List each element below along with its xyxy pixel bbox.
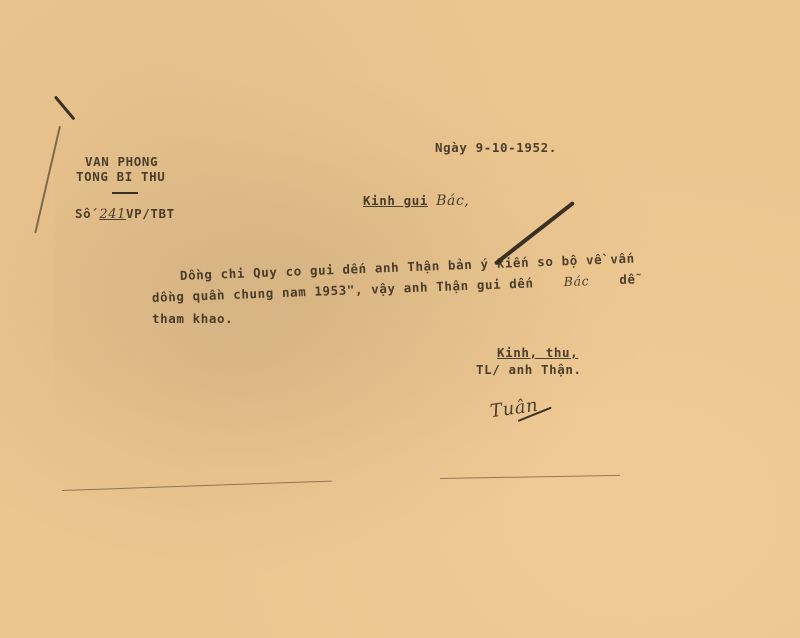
ref-prefix: Số (75, 206, 91, 221)
header-divider (112, 192, 138, 194)
salutation-prefix: Kinh gui (363, 193, 428, 208)
closing-line-1: Kinh, thu, (497, 345, 578, 360)
salutation: Kinh gui Bác, (363, 193, 469, 209)
ref-number-handwritten: 241 (99, 207, 126, 222)
document-date: Ngày 9-10-1952. (435, 140, 557, 155)
body-line-3: tham khao. (152, 311, 233, 326)
closing-line-2: TL/ anh Thận. (476, 362, 582, 377)
office-name-line2: TONG BI THU (76, 169, 165, 184)
office-name-line1: VAN PHONG (85, 154, 158, 169)
ref-suffix: VP/TBT (126, 206, 175, 221)
salutation-recipient: Bác, (436, 193, 469, 209)
body-line-2-end: dễ (619, 271, 636, 287)
body-line-2-recipient: Bác (563, 273, 589, 289)
reference-number: Số 241VP/TBT (75, 206, 175, 222)
